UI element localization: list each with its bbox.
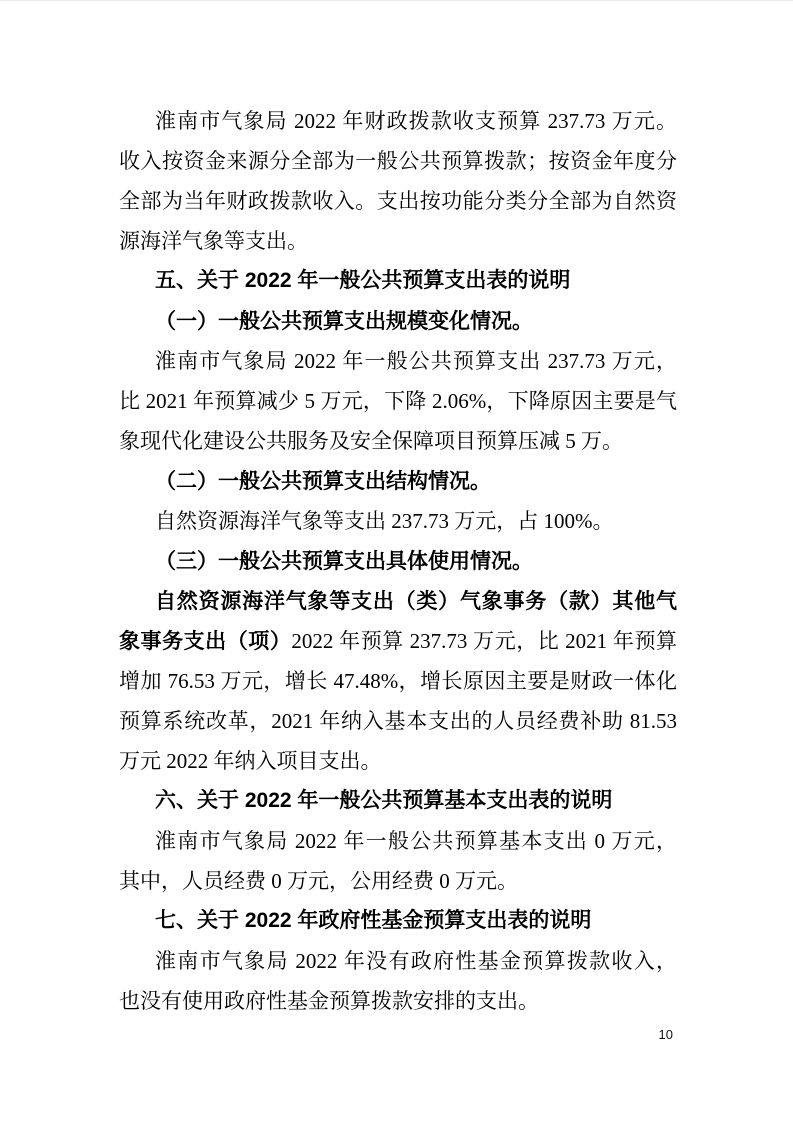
paragraph-line-text: 淮南市气象局 2022 年一般公共预算支出 237.73 万元， xyxy=(155,349,677,373)
paragraph-line: 淮南市气象局 2022 年没有政府性基金预算拨款收入， xyxy=(119,941,677,981)
section-heading: 六、关于 2022 年一般公共预算基本支出表的说明 xyxy=(119,781,677,821)
paragraph-line-text: 全部为当年财政拨款收入。支出按功能分类分全部为自然资 xyxy=(119,189,677,213)
paragraph-line: 源海洋气象等支出。 xyxy=(119,221,677,261)
sub-heading-text: （三）一般公共预算支出具体使用情况。 xyxy=(155,549,533,573)
sub-heading-text: （一）一般公共预算支出规模变化情况。 xyxy=(155,309,533,333)
paragraph-line-text: 象现代化建设公共服务及安全保障项目预算压减 5 万。 xyxy=(119,429,623,453)
paragraph-line: 淮南市气象局 2022 年一般公共预算支出 237.73 万元， xyxy=(119,341,677,381)
paragraph-line-text: 淮南市气象局 2022 年一般公共预算基本支出 0 万元， xyxy=(155,829,677,853)
paragraph-line-text: 淮南市气象局 2022 年没有政府性基金预算拨款收入， xyxy=(155,949,677,973)
paragraph-line-text: 2022 年预算 237.73 万元，比 2021 年预算 xyxy=(291,629,677,653)
paragraph-line-text: 预算系统改革，2021 年纳入基本支出的人员经费补助 81.53 xyxy=(119,709,677,733)
paragraph-line: 其中，人员经费 0 万元，公用经费 0 万元。 xyxy=(119,861,677,901)
paragraph-line: 自然资源海洋气象等支出 237.73 万元，占 100%。 xyxy=(119,501,677,541)
paragraph-line-text: 源海洋气象等支出。 xyxy=(119,229,308,253)
paragraph-line: 万元 2022 年纳入项目支出。 xyxy=(119,741,677,781)
section-heading: 七、关于 2022 年政府性基金预算支出表的说明 xyxy=(119,901,677,941)
paragraph-line-text: 也没有使用政府性基金预算拨款安排的支出。 xyxy=(119,989,539,1013)
paragraph-line: 象现代化建设公共服务及安全保障项目预算压减 5 万。 xyxy=(119,421,677,461)
page-number: 10 xyxy=(659,1027,673,1042)
sub-heading: （一）一般公共预算支出规模变化情况。 xyxy=(119,301,677,341)
paragraph-line-text: 自然资源海洋气象等支出 237.73 万元，占 100%。 xyxy=(155,509,614,533)
sub-heading: （三）一般公共预算支出具体使用情况。 xyxy=(119,541,677,581)
document-body: 淮南市气象局 2022 年财政拨款收支预算 237.73 万元。收入按资金来源分… xyxy=(119,101,677,1021)
paragraph-line: 收入按资金来源分全部为一般公共预算拨款；按资金年度分 xyxy=(119,141,677,181)
paragraph-line: 预算系统改革，2021 年纳入基本支出的人员经费补助 81.53 xyxy=(119,701,677,741)
paragraph-line: 比 2021 年预算减少 5 万元，下降 2.06%，下降原因主要是气 xyxy=(119,381,677,421)
sub-heading-text: （二）一般公共预算支出结构情况。 xyxy=(155,469,491,493)
paragraph-line: 全部为当年财政拨款收入。支出按功能分类分全部为自然资 xyxy=(119,181,677,221)
paragraph-line-text: 增加 76.53 万元，增长 47.48%，增长原因主要是财政一体化 xyxy=(119,669,677,693)
paragraph-line-text: 收入按资金来源分全部为一般公共预算拨款；按资金年度分 xyxy=(119,149,677,173)
section-heading-text: 五、关于 2022 年一般公共预算支出表的说明 xyxy=(155,269,570,292)
paragraph-line-text: 万元 2022 年纳入项目支出。 xyxy=(119,749,382,773)
paragraph-line-text: 自然资源海洋气象等支出（类）气象事务（款）其他气 xyxy=(155,589,677,613)
paragraph-line-text: 其中，人员经费 0 万元，公用经费 0 万元。 xyxy=(119,869,518,893)
paragraph-line: 象事务支出（项）2022 年预算 237.73 万元，比 2021 年预算 xyxy=(119,621,677,661)
section-heading-text: 七、关于 2022 年政府性基金预算支出表的说明 xyxy=(155,909,591,932)
paragraph-line-text: 象事务支出（项） xyxy=(119,629,291,653)
sub-heading: （二）一般公共预算支出结构情况。 xyxy=(119,461,677,501)
paragraph-line-text: 比 2021 年预算减少 5 万元，下降 2.06%，下降原因主要是气 xyxy=(119,389,677,413)
paragraph-line: 增加 76.53 万元，增长 47.48%，增长原因主要是财政一体化 xyxy=(119,661,677,701)
paragraph-line-text: 淮南市气象局 2022 年财政拨款收支预算 237.73 万元。 xyxy=(155,109,677,133)
section-heading: 五、关于 2022 年一般公共预算支出表的说明 xyxy=(119,261,677,301)
section-heading-text: 六、关于 2022 年一般公共预算基本支出表的说明 xyxy=(155,789,612,812)
paragraph-line: 也没有使用政府性基金预算拨款安排的支出。 xyxy=(119,981,677,1021)
document-page: 淮南市气象局 2022 年财政拨款收支预算 237.73 万元。收入按资金来源分… xyxy=(0,0,793,1122)
paragraph-line: 淮南市气象局 2022 年财政拨款收支预算 237.73 万元。 xyxy=(119,101,677,141)
paragraph-line: 淮南市气象局 2022 年一般公共预算基本支出 0 万元， xyxy=(119,821,677,861)
paragraph-line: 自然资源海洋气象等支出（类）气象事务（款）其他气 xyxy=(119,581,677,621)
